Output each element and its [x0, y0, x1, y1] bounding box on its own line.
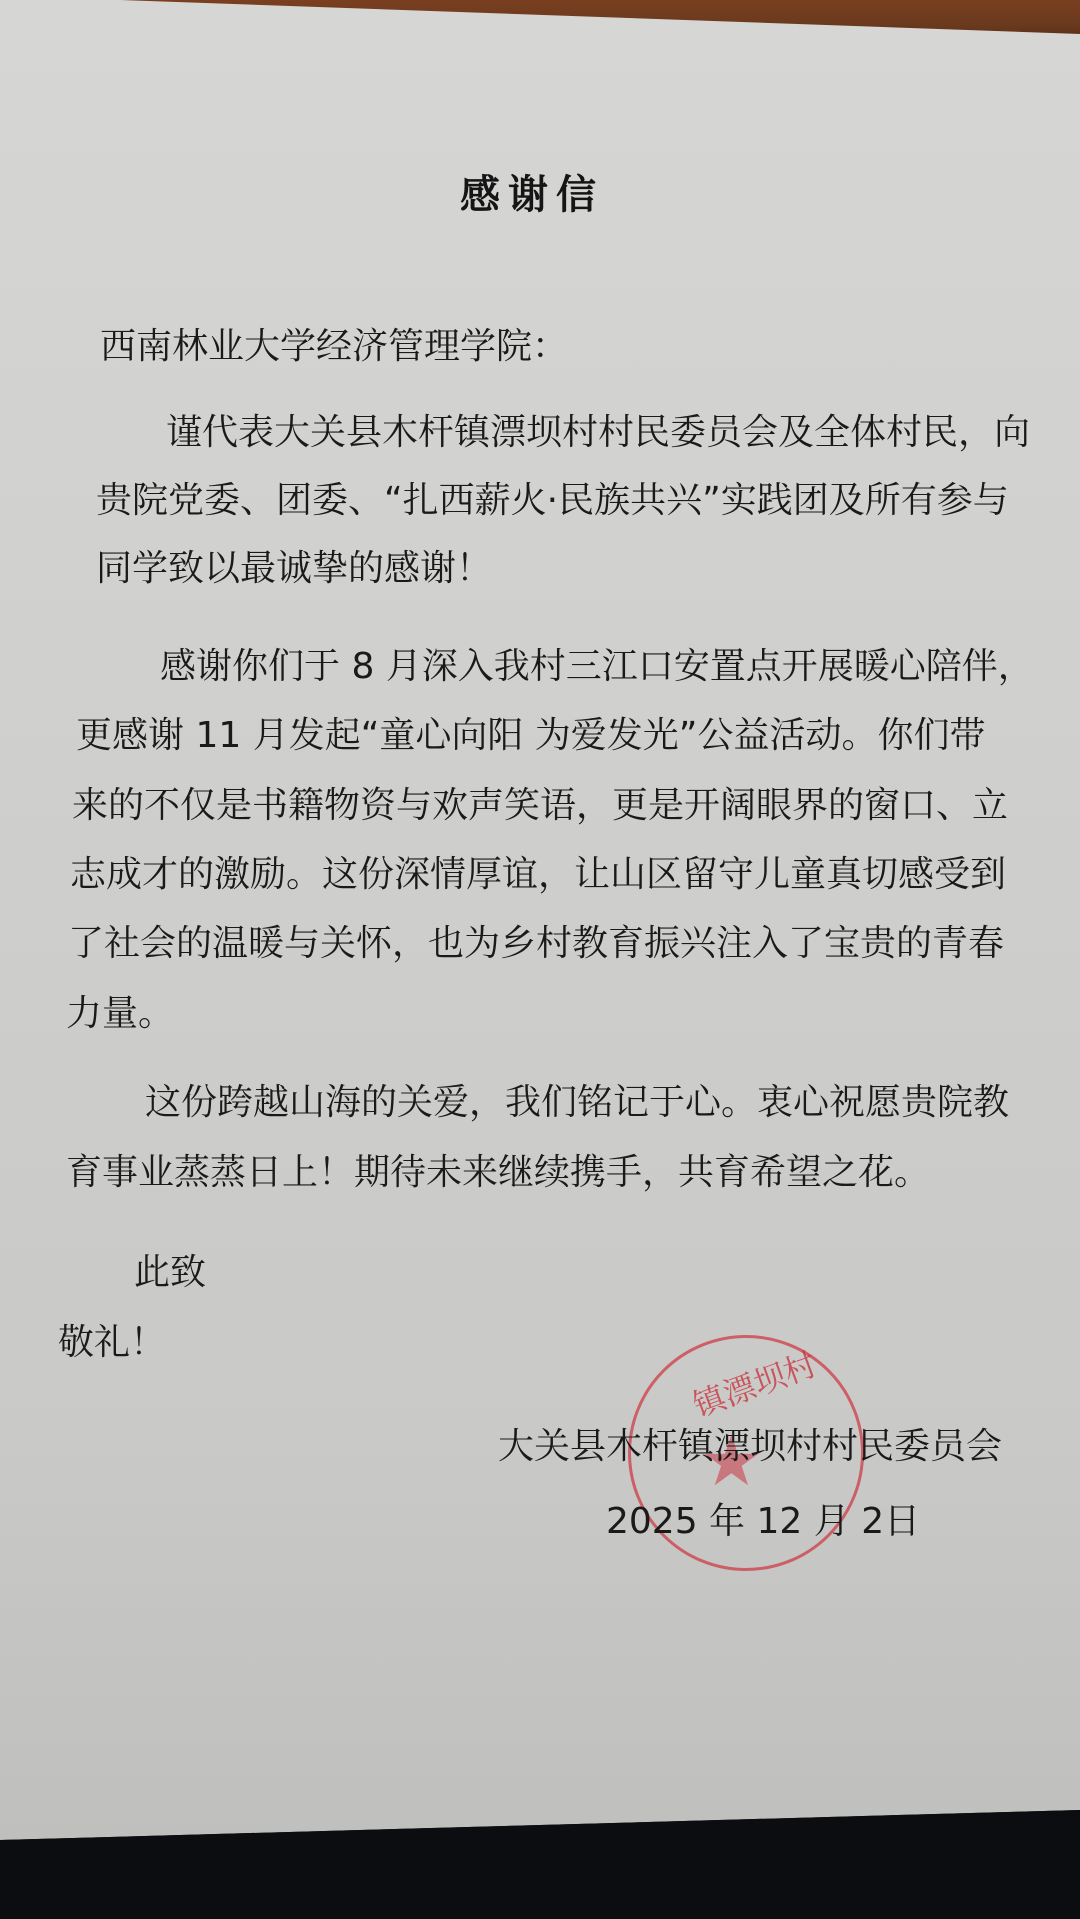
- salutation: 西南林业大学经济管理学院：: [100, 318, 568, 369]
- paragraph2-line: 力量。: [66, 985, 174, 1036]
- closing-jing-li: 敬礼！: [58, 1314, 166, 1365]
- paragraph1-line: 同学致以最诚挚的感谢！: [96, 540, 492, 591]
- date: 2025 年 12 月 2日: [606, 1493, 920, 1544]
- paragraph2-line: 志成才的激励。这份深情厚谊，让山区留守儿童真切感受到: [70, 846, 1006, 897]
- paragraph3-line: 育事业蒸蒸日上！期待未来继续携手，共育希望之花。: [66, 1144, 930, 1195]
- paragraph3-line: 这份跨越山海的关爱，我们铭记于心。衷心祝愿贵院教: [145, 1074, 1009, 1125]
- paragraph1-line: 贵院党委、团委、“扎西薪火·民族共兴”实践团及所有参与: [96, 472, 1009, 523]
- closing-ci-zhi: 此致: [134, 1244, 206, 1295]
- letter-title: 感谢信: [460, 163, 604, 220]
- paragraph2-line: 更感谢 11 月发起“童心向阳 为爱发光”公益活动。你们带: [76, 707, 985, 758]
- paragraph1-line: 谨代表大关县木杆镇漂坝村村民委员会及全体村民，向: [166, 404, 1030, 455]
- paragraph2-line: 感谢你们于 8 月深入我村三江口安置点开展暖心陪伴，: [160, 638, 1034, 689]
- paragraph2-line: 来的不仅是书籍物资与欢声笑语，更是开阔眼界的窗口、立: [72, 777, 1008, 828]
- paragraph2-line: 了社会的温暖与关怀，也为乡村教育振兴注入了宝贵的青春: [68, 915, 1004, 966]
- signature: 大关县木杆镇漂坝村村民委员会: [498, 1418, 1002, 1469]
